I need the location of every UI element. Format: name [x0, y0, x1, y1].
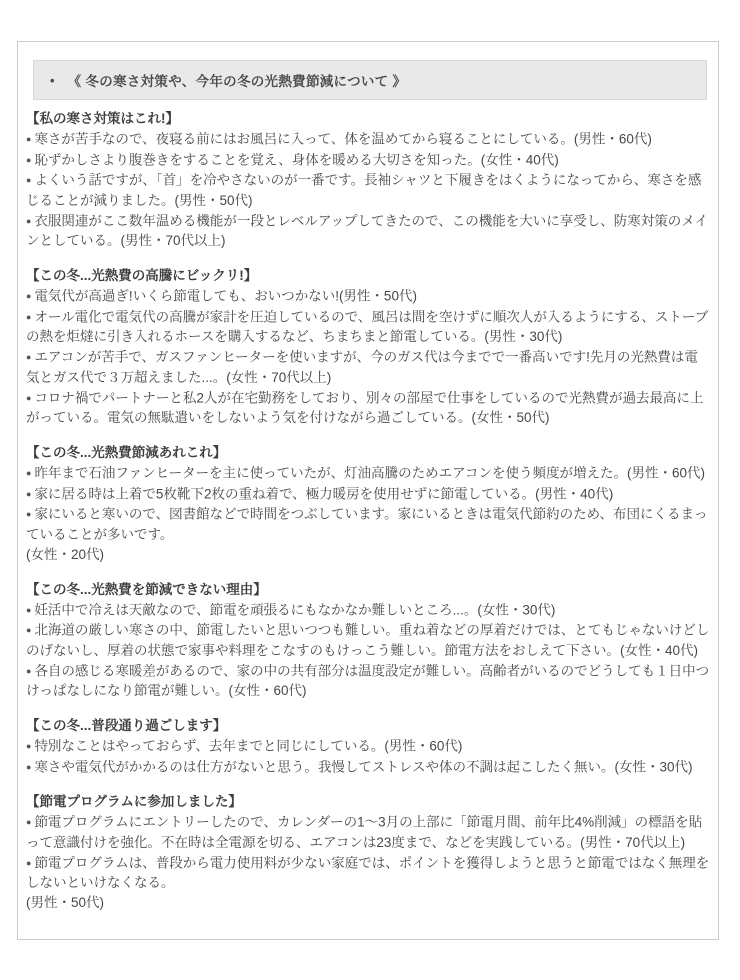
section-my-cold-measures: 【私の寒さ対策はこれ!】 ●寒さが苦手なので、夜寝る前にはお風呂に入って、体を温… — [26, 109, 710, 251]
comment-text: 節電プログラムは、普段から電力使用料が少ない家庭では、ポイントを獲得しようと思う… — [26, 855, 709, 910]
comment-item: ●電気代が高過ぎ!いくら節電しても、おいつかない!(男性・50代) — [26, 286, 710, 307]
comment-text: 特別なことはやっておらず、去年までと同じにしている。(男性・60代) — [34, 739, 462, 754]
comment-item: ●寒さや電気代がかかるのは仕方がないと思う。我慢してストレスや体の不調は起こした… — [26, 757, 710, 778]
bullet-icon: ● — [26, 170, 31, 190]
comment-item: ●恥ずかしさより腹巻きをすることを覚え、身体を暖める大切さを知った。(女性・40… — [26, 150, 710, 171]
bullet-icon: ● — [26, 211, 31, 231]
comment-item: ●昨年まで石油ファンヒーターを主に使っていたが、灯油高騰のためエアコンを使う頻度… — [26, 463, 710, 484]
section-heading: 【この冬...光熱費を節減できない理由】 — [26, 580, 710, 600]
section-power-saving-program: 【節電プログラムに参加しました】 ●節電プログラムにエントリーしたので、カレンダ… — [26, 792, 710, 913]
bullet-icon: ● — [26, 853, 31, 873]
bullet-icon: ● — [26, 812, 31, 832]
comment-item: ●オール電化で電気代の高騰が家計を圧迫しているので、風呂は間を空けずに順次人が入… — [26, 307, 710, 348]
bullet-icon: ● — [26, 150, 31, 170]
comment-text: 寒さが苦手なので、夜寝る前にはお風呂に入って、体を温めてから寝ることにしている。… — [34, 132, 651, 147]
comment-text: 節電プログラムにエントリーしたので、カレンダーの1〜3月の上部に「節電月間、前年… — [26, 815, 702, 850]
bullet-icon: ● — [26, 463, 31, 483]
comment-text: オール電化で電気代の高騰が家計を圧迫しているので、風呂は間を空けずに順次人が入る… — [26, 309, 708, 344]
comment-item: ●各自の感じる寒暖差があるので、家の中の共有部分は温度設定が難しい。高齢者がいる… — [26, 661, 710, 702]
comment-text: エアコンが苦手で、ガスファンヒーターを使いますが、今のガス代は今までで一番高いで… — [26, 350, 698, 385]
comment-item: ●コロナ禍でパートナーと私2人が在宅勤務をしており、別々の部屋で仕事をしているの… — [26, 388, 710, 429]
page-title: 《 冬の寒さ対策や、今年の冬の光熱費節減について 》 — [68, 70, 407, 90]
comment-text: 家に居る時は上着で5枚靴下2枚の重ね着で、極力暖房を使用せずに節電している。(男… — [34, 486, 613, 501]
bullet-icon: ● — [26, 286, 31, 306]
comment-item: ●よくいう話ですが、「首」を冷やさないのが一番です。長袖シャツと下履きをはくよう… — [26, 170, 710, 211]
section-heading: 【この冬...光熱費節減あれこれ】 — [26, 443, 710, 463]
comment-item: ●節電プログラムは、普段から電力使用料が少ない家庭では、ポイントを獲得しようと思… — [26, 853, 710, 914]
bullet-icon: ● — [26, 600, 31, 620]
section-cost-surprise: 【この冬...光熱費の高騰にビックリ!】 ●電気代が高過ぎ!いくら節電しても、お… — [26, 266, 710, 428]
survey-comments-panel: • 《 冬の寒さ対策や、今年の冬の光熱費節減について 》 【私の寒さ対策はこれ!… — [17, 41, 719, 940]
comment-text: 北海道の厳しい寒さの中、節電したいと思いつつも難しい。重ね着などの厚着だけでは、… — [26, 623, 709, 658]
comment-text: 寒さや電気代がかかるのは仕方がないと思う。我慢してストレスや体の不調は起こしたく… — [34, 759, 692, 774]
bullet-icon: ● — [26, 307, 31, 327]
comment-text: 妊活中で冷えは天敵なので、節電を頑張るにもなかなか難しいところ...。(女性・3… — [34, 602, 555, 617]
comment-item: ●北海道の厳しい寒さの中、節電したいと思いつつも難しい。重ね着などの厚着だけでは… — [26, 620, 710, 661]
section-as-usual: 【この冬...普段通り過ごします】 ●特別なことはやっておらず、去年までと同じに… — [26, 716, 710, 777]
comments-content: 【私の寒さ対策はこれ!】 ●寒さが苦手なので、夜寝る前にはお風呂に入って、体を温… — [18, 100, 718, 913]
bullet-icon: ● — [26, 504, 31, 524]
comment-text: よくいう話ですが、「首」を冷やさないのが一番です。長袖シャツと下履きをはくように… — [26, 173, 701, 208]
bullet-icon: ● — [26, 388, 31, 408]
section-heading: 【私の寒さ対策はこれ!】 — [26, 109, 710, 129]
section-heading: 【この冬...光熱費の高騰にビックリ!】 — [26, 266, 710, 286]
bullet-icon: ● — [26, 736, 31, 756]
comment-text: 恥ずかしさより腹巻きをすることを覚え、身体を暖める大切さを知った。(女性・40代… — [34, 152, 558, 167]
section-heading: 【節電プログラムに参加しました】 — [26, 792, 710, 812]
comment-item: ●エアコンが苦手で、ガスファンヒーターを使いますが、今のガス代は今までで一番高い… — [26, 347, 710, 388]
bullet-icon: ● — [26, 347, 31, 367]
bullet-icon: ● — [26, 661, 31, 681]
comment-item: ●家に居る時は上着で5枚靴下2枚の重ね着で、極力暖房を使用せずに節電している。(… — [26, 484, 710, 505]
bullet-icon: ● — [26, 757, 31, 777]
section-saving-ideas: 【この冬...光熱費節減あれこれ】 ●昨年まで石油ファンヒーターを主に使っていた… — [26, 443, 710, 565]
bullet-icon: ● — [26, 484, 31, 504]
bullet-dot-icon: • — [50, 74, 55, 87]
section-cannot-save-reasons: 【この冬...光熱費を節減できない理由】 ●妊活中で冷えは天敵なので、節電を頑張… — [26, 580, 710, 702]
comment-item: ●特別なことはやっておらず、去年までと同じにしている。(男性・60代) — [26, 736, 710, 757]
section-heading: 【この冬...普段通り過ごします】 — [26, 716, 710, 736]
comment-item: ●妊活中で冷えは天敵なので、節電を頑張るにもなかなか難しいところ...。(女性・… — [26, 600, 710, 621]
comment-text: 家にいると寒いので、図書館などで時間をつぶしています。家にいるときは電気代節約の… — [26, 507, 708, 562]
bullet-icon: ● — [26, 620, 31, 640]
comment-text: 衣服関連がここ数年温める機能が一段とレベルアップしてきたので、この機能を大いに享… — [26, 213, 708, 248]
comment-item: ●衣服関連がここ数年温める機能が一段とレベルアップしてきたので、この機能を大いに… — [26, 211, 710, 252]
comment-item: ●家にいると寒いので、図書館などで時間をつぶしています。家にいるときは電気代節約… — [26, 504, 710, 565]
comment-text: 昨年まで石油ファンヒーターを主に使っていたが、灯油高騰のためエアコンを使う頻度が… — [34, 466, 705, 481]
comment-item: ●節電プログラムにエントリーしたので、カレンダーの1〜3月の上部に「節電月間、前… — [26, 812, 710, 853]
comment-item: ●寒さが苦手なので、夜寝る前にはお風呂に入って、体を温めてから寝ることにしている… — [26, 129, 710, 150]
comment-text: コロナ禍でパートナーと私2人が在宅勤務をしており、別々の部屋で仕事をしているので… — [26, 390, 703, 425]
comment-text: 各自の感じる寒暖差があるので、家の中の共有部分は温度設定が難しい。高齢者がいるの… — [26, 663, 709, 698]
title-bar: • 《 冬の寒さ対策や、今年の冬の光熱費節減について 》 — [33, 60, 707, 100]
bullet-icon: ● — [26, 129, 31, 149]
comment-text: 電気代が高過ぎ!いくら節電しても、おいつかない!(男性・50代) — [34, 289, 417, 304]
